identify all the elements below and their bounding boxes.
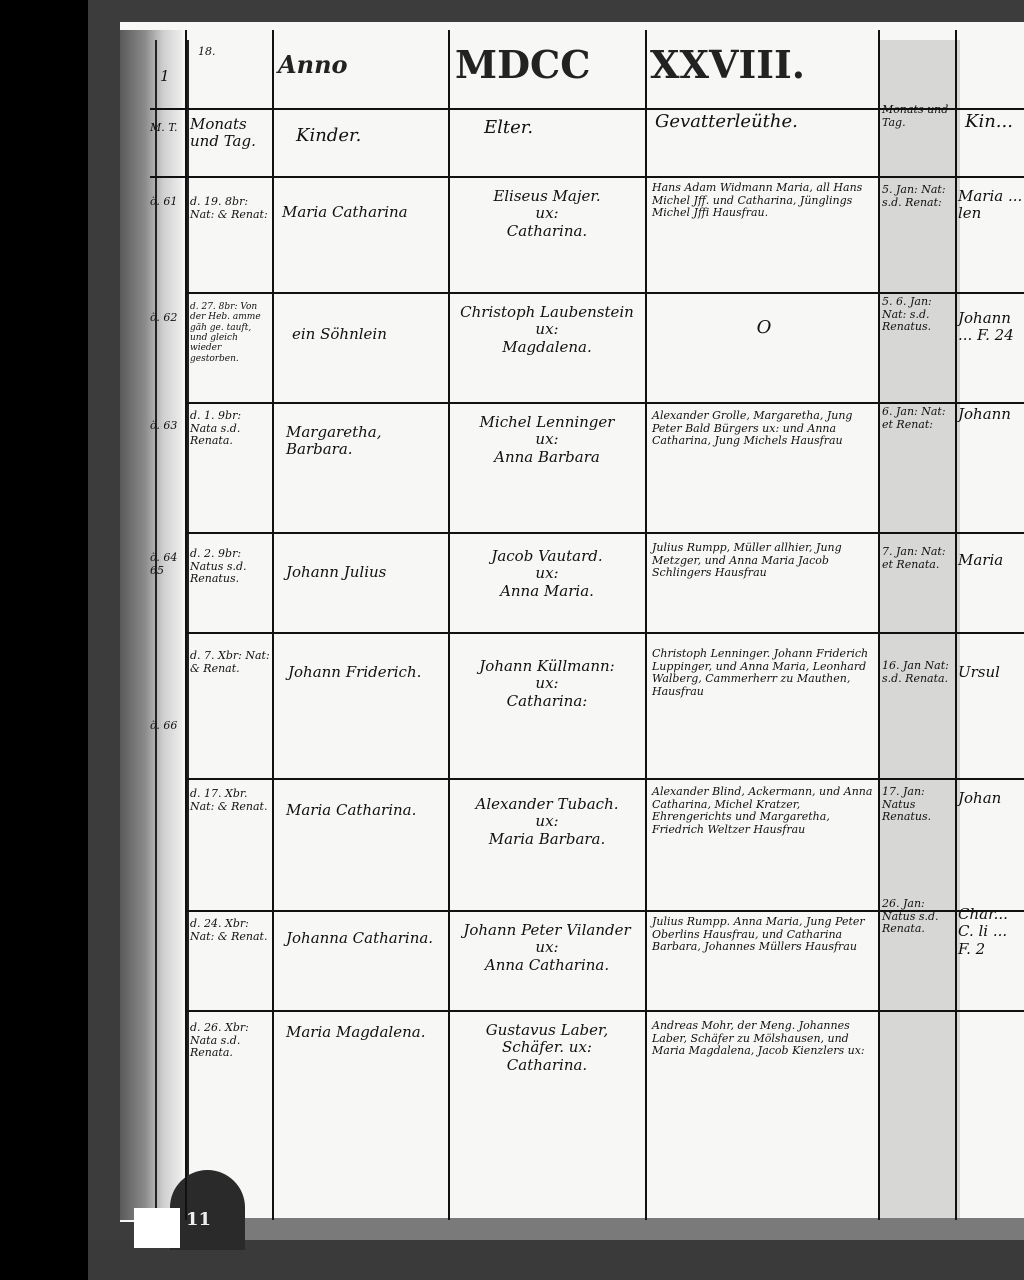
row-parents: Christoph Laubenstein ux: Magdalena. — [452, 304, 642, 356]
row-child: Maria Magdalena. — [286, 1024, 446, 1041]
row-godparents: O — [652, 318, 876, 339]
rule-vertical — [878, 30, 880, 1220]
mother-name: Magdalena. — [452, 339, 642, 356]
father-name: Alexander Tubach. — [452, 796, 642, 813]
row-godparents: Julius Rumpp, Müller allhier, Jung Metzg… — [652, 542, 876, 580]
row-margin: ö. 64 65 — [150, 552, 182, 577]
rule-horizontal — [185, 532, 1024, 534]
row-child: Johann Julius — [286, 564, 444, 581]
right-row-child: Char... C. li ... F. 2 — [958, 906, 1024, 958]
rule-vertical — [645, 30, 647, 1220]
right-row-date: 26. Jan: Natus s.d. Renata. — [882, 898, 954, 936]
row-margin: ö. 62 — [150, 312, 182, 325]
row-godparents: Andreas Mohr, der Meng. Johannes Laber, … — [652, 1020, 876, 1058]
bottom-mark: 11 — [186, 1210, 211, 1231]
father-name: Johann Peter Vilander — [452, 922, 642, 939]
right-row-date: 5. 6. Jan: Nat: s.d. Renatus. — [882, 296, 954, 334]
header-anno: Anno — [278, 50, 348, 79]
row-parents: Jacob Vautard. ux: Anna Maria. — [452, 548, 642, 600]
row-date: d. 1. 9br: Nata s.d. Renata. — [190, 410, 270, 448]
header-roman-1: MDCC — [455, 42, 591, 87]
row-child: Margaretha, Barbara. — [286, 424, 444, 459]
father-name: Jacob Vautard. — [452, 548, 642, 565]
uxor-label: ux: — [452, 813, 642, 830]
column-header-children-right: Kin... — [965, 112, 1013, 133]
mother-name: Maria Barbara. — [452, 831, 642, 848]
row-parents: Johann Peter Vilander ux: Anna Catharina… — [452, 922, 642, 974]
row-child: Johann Friderich. — [288, 664, 444, 681]
right-row-child: Johan — [958, 790, 1024, 807]
column-header-date-right: Monats und Tag. — [882, 104, 952, 129]
row-parents: Eliseus Majer. ux: Catharina. — [452, 188, 642, 240]
mother-name: Catharina. — [452, 223, 642, 240]
column-header-parents: Elter. — [484, 118, 533, 139]
paper-tab — [134, 1208, 180, 1248]
row-godparents: Alexander Grolle, Margaretha, Jung Peter… — [652, 410, 876, 448]
uxor-label: ux: — [452, 205, 642, 222]
right-row-date: 5. Jan: Nat: s.d. Renat: — [882, 184, 954, 209]
row-date: d. 27. 8br: Von der Heb. amme gäh ge. ta… — [190, 302, 270, 364]
row-godparents: Hans Adam Widmann Maria, all Hans Michel… — [652, 182, 876, 220]
margin-mark: 1 — [160, 68, 170, 85]
right-row-child: Maria — [958, 552, 1024, 569]
rule-horizontal — [185, 778, 1024, 780]
rule-vertical — [448, 30, 450, 1220]
rule-vertical — [185, 30, 187, 1220]
father-name: Eliseus Majer. — [452, 188, 642, 205]
mother-name: Catharina: — [452, 693, 642, 710]
row-date: d. 19. 8br: Nat: & Renat: — [190, 196, 270, 221]
uxor-label: ux: — [452, 675, 642, 692]
row-margin: ö. 66 — [150, 720, 182, 733]
right-row-date: 7. Jan: Nat: et Renata. — [882, 546, 954, 571]
rule-vertical — [955, 30, 957, 1220]
father-name: Christoph Laubenstein — [452, 304, 642, 321]
row-date: d. 17. Xbr. Nat: & Renat. — [190, 788, 270, 813]
uxor-label: ux: — [452, 939, 642, 956]
rule-horizontal — [185, 402, 1024, 404]
uxor-label: ux: — [452, 321, 642, 338]
row-date: d. 26. Xbr: Nata s.d. Renata. — [190, 1022, 270, 1060]
row-parents: Michel Lenninger ux: Anna Barbara — [452, 414, 642, 466]
uxor-label: Schäfer. ux: — [452, 1039, 642, 1056]
right-row-date: 17. Jan: Natus Renatus. — [882, 786, 954, 824]
margin-column — [155, 40, 189, 1210]
rule-vertical — [272, 30, 274, 1220]
mother-name: Anna Barbara — [452, 449, 642, 466]
right-row-child: Johann — [958, 406, 1024, 423]
row-child: ein Söhnlein — [292, 326, 442, 343]
row-margin: ö. 63 — [150, 420, 182, 433]
mother-name: Catharina. — [452, 1057, 642, 1074]
row-godparents: Christoph Lenninger. Johann Friderich Lu… — [652, 648, 876, 699]
uxor-label: ux: — [452, 565, 642, 582]
row-date: d. 7. Xbr: Nat: & Renat. — [190, 650, 270, 675]
row-godparents: Julius Rumpp. Anna Maria, Jung Peter Obe… — [652, 916, 876, 954]
column-header-godparents: Gevatterleüthe. — [655, 112, 798, 133]
row-child: Maria Catharina. — [286, 802, 446, 819]
father-name: Michel Lenninger — [452, 414, 642, 431]
right-row-child: Johann ... F. 24 — [958, 310, 1024, 345]
rule-horizontal — [150, 176, 1024, 178]
row-parents: Alexander Tubach. ux: Maria Barbara. — [452, 796, 642, 848]
row-child: Maria Catharina — [282, 204, 446, 221]
column-header-children: Kinder. — [296, 126, 361, 147]
rule-horizontal — [185, 292, 1024, 294]
row-godparents: Alexander Blind, Ackermann, und Anna Cat… — [652, 786, 876, 837]
father-name: Gustavus Laber, — [452, 1022, 642, 1039]
rule-horizontal — [185, 632, 1024, 634]
row-date: d. 2. 9br: Natus s.d. Renatus. — [190, 548, 270, 586]
page-bottom-edge — [200, 1218, 1024, 1240]
right-row-date: 6. Jan: Nat: et Renat: — [882, 406, 954, 431]
father-name: Johann Küllmann: — [452, 658, 642, 675]
margin-header: M. T. — [150, 122, 182, 135]
column-header-date: Monats und Tag. — [190, 116, 270, 151]
rule-horizontal — [185, 1010, 1024, 1012]
mother-name: Anna Catharina. — [452, 957, 642, 974]
mother-name: Anna Maria. — [452, 583, 642, 600]
header-roman-2: XXVIII. — [650, 42, 805, 87]
page-number: 18. — [198, 46, 216, 59]
row-parents: Johann Küllmann: ux: Catharina: — [452, 658, 642, 710]
page-fold-shadow — [880, 40, 960, 1220]
row-margin: ö. 61 — [150, 196, 182, 209]
row-child: Johanna Catharina. — [286, 930, 446, 947]
right-row-date: 16. Jan Nat: s.d. Renata. — [882, 660, 954, 685]
right-row-child: Ursul — [958, 664, 1024, 681]
row-date: d. 24. Xbr: Nat: & Renat. — [190, 918, 270, 943]
uxor-label: ux: — [452, 431, 642, 448]
scan-border-left — [0, 0, 88, 1280]
row-parents: Gustavus Laber, Schäfer. ux: Catharina. — [452, 1022, 642, 1074]
right-row-child: Maria ... len — [958, 188, 1024, 223]
